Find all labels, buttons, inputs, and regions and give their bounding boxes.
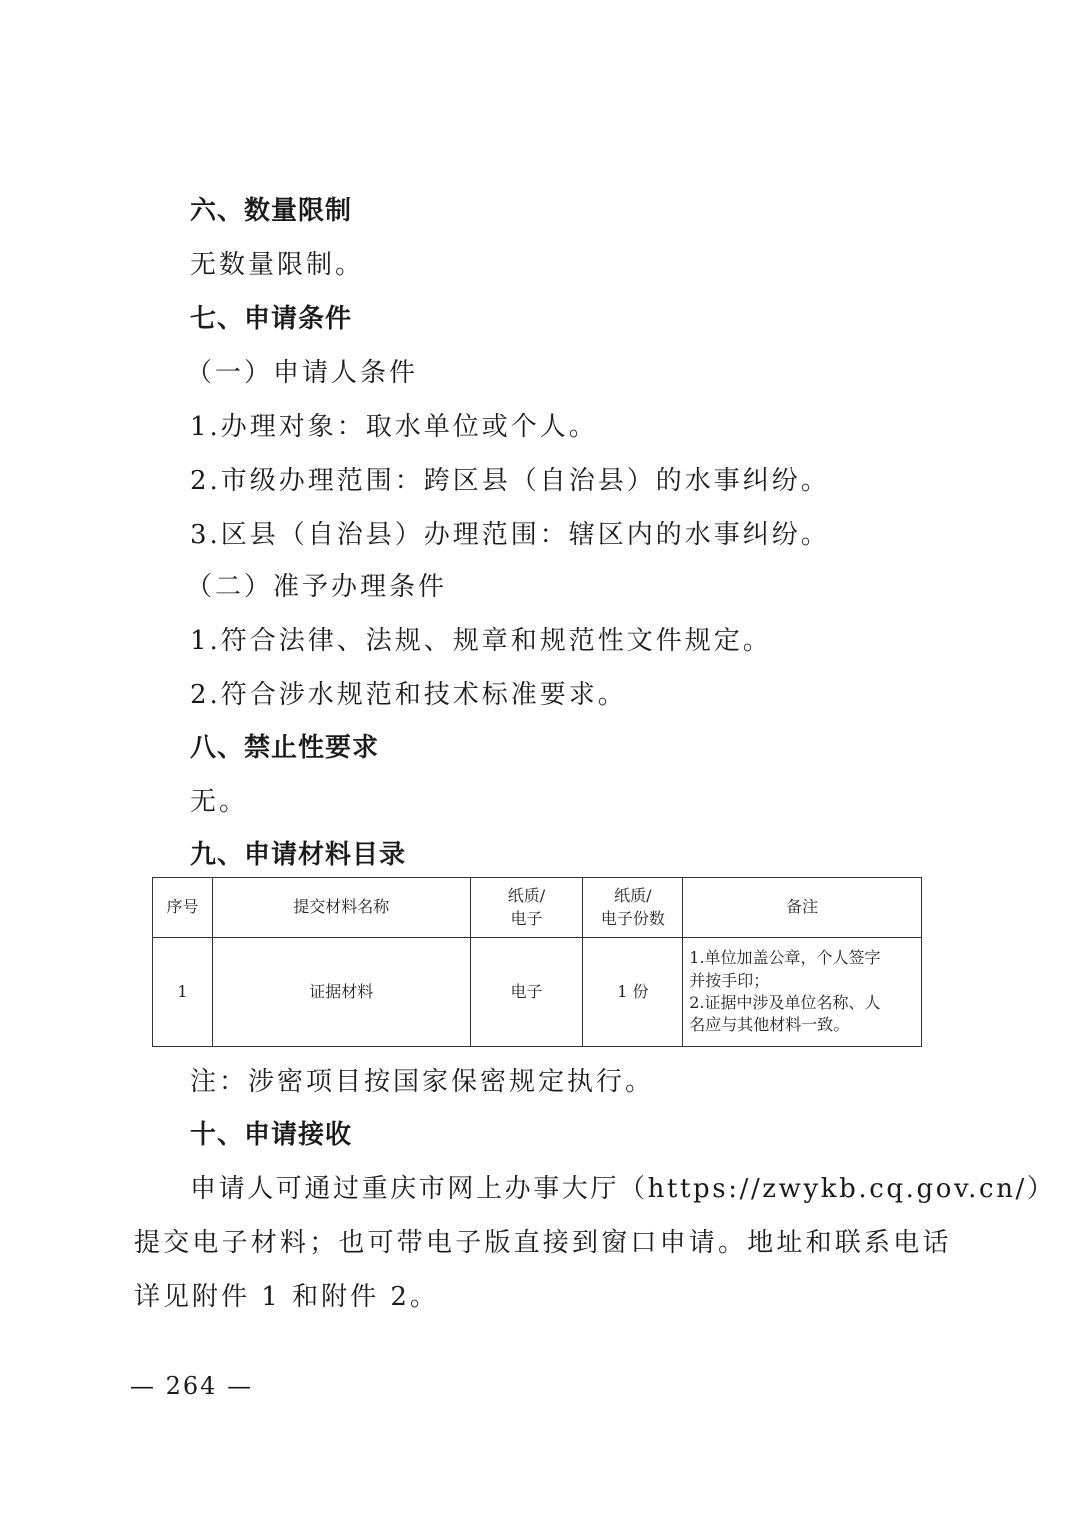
section-6-heading: 六、数量限制 bbox=[190, 198, 352, 224]
header-format-line: 电子 bbox=[475, 908, 579, 930]
table-header-row: 序号 提交材料名称 纸质/ 电子 纸质/ 电子份数 备注 bbox=[153, 878, 922, 938]
cell-index: 1 bbox=[153, 938, 213, 1047]
section-10-body-line: 申请人可通过重庆市网上办事大厅（https://zwykb.cq.gov.cn/… bbox=[190, 1176, 1056, 1202]
section-9-note: 注：涉密项目按国家保密规定执行。 bbox=[190, 1069, 654, 1095]
header-format-line: 纸质/ bbox=[475, 885, 579, 907]
cell-remarks: 1.单位加盖公章，个人签字 并按手印； 2.证据中涉及单位名称、人 名应与其他材… bbox=[683, 938, 922, 1047]
remark-line: 2.证据中涉及单位名称、人 bbox=[689, 992, 915, 1014]
section-7-sub2-item: 1.符合法律、法规、规章和规范性文件规定。 bbox=[190, 628, 772, 654]
section-7-sub1-item: 3.区县（自治县）办理范围：辖区内的水事纠纷。 bbox=[190, 522, 830, 548]
cell-copies: 1 份 bbox=[583, 938, 683, 1047]
section-9-heading: 九、申请材料目录 bbox=[190, 842, 406, 868]
page-number: — 264 — bbox=[130, 1372, 253, 1400]
section-7-sub1-item: 1.办理对象：取水单位或个人。 bbox=[190, 414, 598, 440]
remark-line: 1.单位加盖公章，个人签字 bbox=[689, 947, 915, 969]
materials-table: 序号 提交材料名称 纸质/ 电子 纸质/ 电子份数 备注 1 证据材料 电子 1… bbox=[152, 877, 922, 1047]
remark-line: 名应与其他材料一致。 bbox=[689, 1014, 915, 1036]
section-7-sub1-item: 2.市级办理范围：跨区县（自治县）的水事纠纷。 bbox=[190, 468, 830, 494]
section-10-body-line: 提交电子材料；也可带电子版直接到窗口申请。地址和联系电话 bbox=[134, 1230, 952, 1256]
section-10-heading: 十、申请接收 bbox=[190, 1122, 352, 1148]
section-7-sub2-item: 2.符合涉水规范和技术标准要求。 bbox=[190, 682, 627, 708]
section-6-body: 无数量限制。 bbox=[190, 252, 364, 278]
cell-format: 电子 bbox=[470, 938, 583, 1047]
section-7-heading: 七、申请条件 bbox=[190, 306, 352, 332]
header-copies-line: 纸质/ bbox=[587, 885, 678, 907]
header-format: 纸质/ 电子 bbox=[470, 878, 583, 938]
section-8-body: 无。 bbox=[190, 789, 248, 815]
section-10-body-line: 详见附件 1 和附件 2。 bbox=[134, 1284, 439, 1310]
remark-line: 并按手印； bbox=[689, 970, 915, 992]
section-7-sub1-heading: （一）申请人条件 bbox=[186, 360, 418, 386]
table-row: 1 证据材料 电子 1 份 1.单位加盖公章，个人签字 并按手印； 2.证据中涉… bbox=[153, 938, 922, 1047]
section-8-heading: 八、禁止性要求 bbox=[190, 735, 379, 761]
header-remarks: 备注 bbox=[683, 878, 922, 938]
header-index: 序号 bbox=[153, 878, 213, 938]
header-material-name: 提交材料名称 bbox=[212, 878, 470, 938]
header-copies-line: 电子份数 bbox=[587, 908, 678, 930]
header-copies: 纸质/ 电子份数 bbox=[583, 878, 683, 938]
cell-material-name: 证据材料 bbox=[212, 938, 470, 1047]
section-7-sub2-heading: （二）准予办理条件 bbox=[186, 574, 447, 600]
